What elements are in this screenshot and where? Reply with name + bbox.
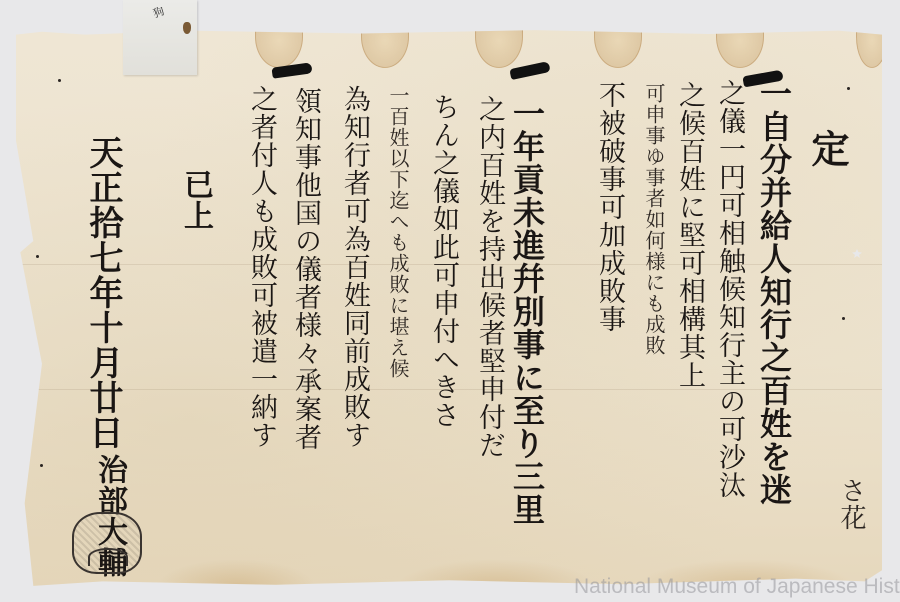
museum-watermark: National Museum of Japanese History [574,575,900,599]
water-stain [396,559,596,587]
ink-speck [36,255,39,258]
text-column: ちん之儀如此可申付へきさ [430,93,457,429]
text-column: 之者付人も成敗可被遣一納す [248,85,275,449]
document-paper: 定 一自分并給人知行之百姓を迷 之儀一円可相触候知行主の可沙汰 之候百姓に堅可相… [16,29,882,587]
worm-hole [852,249,862,258]
title-sadame: 定 [808,129,846,168]
text-column: 可申事ゆ事者如何様にも成敗 [644,83,664,356]
ink-speck [58,79,61,82]
text-column: 一自分并給人知行之百姓を迷 [758,77,790,506]
text-column: 一年貢未進幷別事に至り三里 [511,97,543,526]
water-stain [361,29,409,68]
text-column: 領知事他国の儀者様々承案者 [292,87,319,451]
text-column: 為知行者可為百姓同前成敗す [341,85,368,449]
closing-ijou: 已上 [180,169,210,231]
date-column: 天正拾七年十月廿日 [86,135,120,450]
water-stain [856,29,888,68]
seal-inner-mark [88,548,128,566]
water-stain [255,29,303,68]
text-column: 之儀一円可相触候知行主の可沙汰 [716,79,743,499]
water-stain [716,29,764,68]
ink-speck [847,87,850,90]
text-column: 之候百姓に堅可相構其上 [676,81,703,389]
text-column: 不被破事可加成敗事 [596,81,623,333]
tag-label: 狗 [151,3,167,22]
clause-marker-ichi [509,61,550,80]
text-column: 之内百姓を持出候者堅申付だ [476,95,503,459]
side-note: さ花 [838,477,864,531]
tag-hole [183,22,191,34]
ink-speck [842,317,845,320]
archive-tag: 狗 [123,0,197,75]
kao-seal [72,512,142,574]
ink-speck [40,464,43,467]
text-column: 一百姓以下迄へも成敗に堪え候 [388,85,408,379]
water-stain [156,559,316,587]
water-stain [594,29,642,68]
water-stain [475,29,523,68]
